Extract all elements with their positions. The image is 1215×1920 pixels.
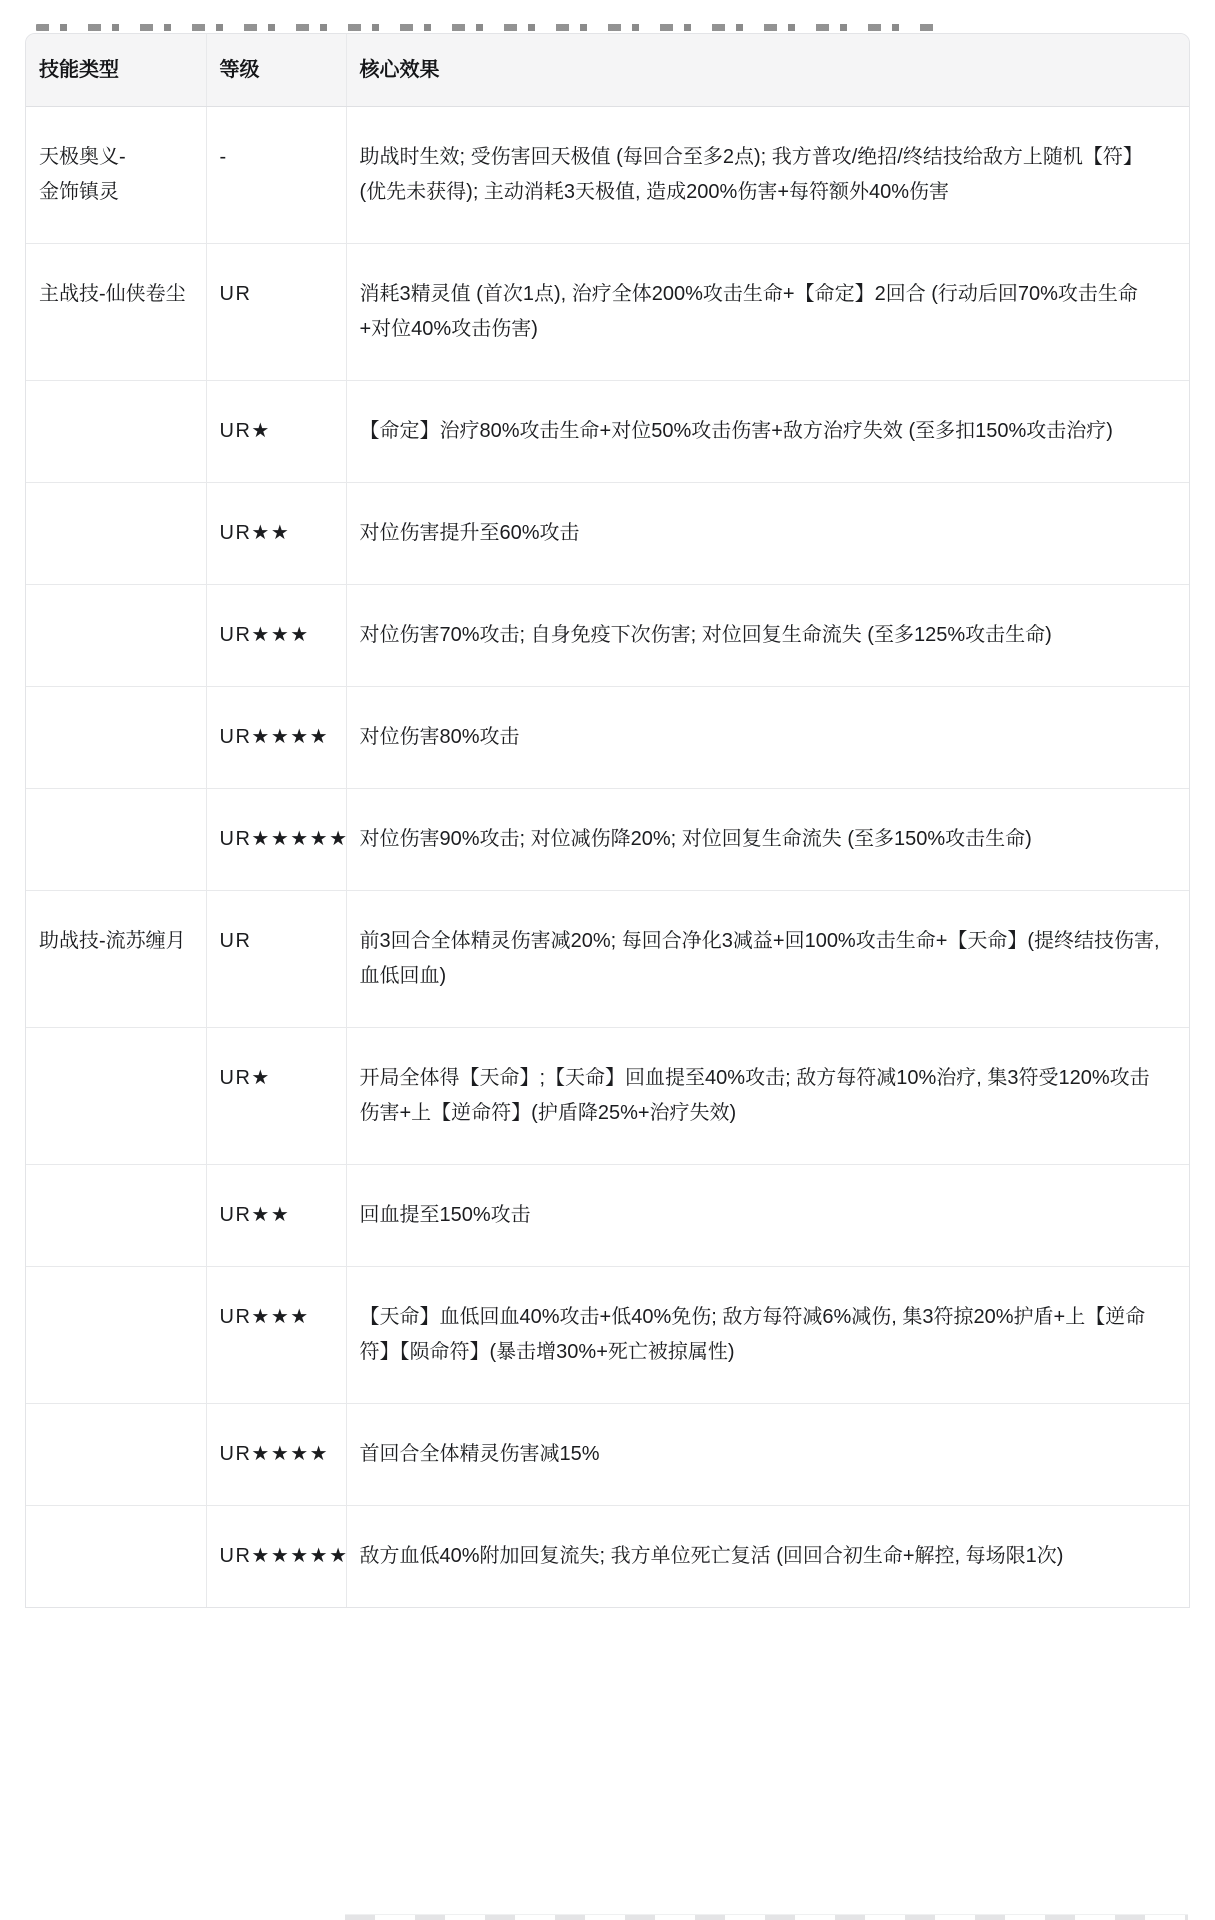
level-cell: UR★	[206, 381, 346, 483]
level-cell: UR★★★	[206, 1267, 346, 1404]
level-cell: UR	[206, 891, 346, 1028]
column-header-level: 等级	[206, 34, 346, 107]
effect-cell: 首回合全体精灵伤害减15%	[346, 1404, 1189, 1506]
skill-type-cell	[26, 789, 206, 891]
effect-cell: 消耗3精灵值 (首次1点), 治疗全体200%攻击生命+【命定】2回合 (行动后…	[346, 244, 1189, 381]
skill-table: 技能类型 等级 核心效果 天极奥义-金饰镇灵 - 助战时生效; 受伤害回天极值 …	[26, 34, 1189, 1607]
effect-cell: 敌方血低40%附加回复流失; 我方单位死亡复活 (回回合初生命+解控, 每场限1…	[346, 1506, 1189, 1608]
effect-cell: 回血提至150%攻击	[346, 1165, 1189, 1267]
level-cell: UR★★	[206, 1165, 346, 1267]
effect-cell: 【命定】治疗80%攻击生命+对位50%攻击伤害+敌方治疗失效 (至多扣150%攻…	[346, 381, 1189, 483]
skill-type-cell	[26, 1506, 206, 1608]
skill-type-cell	[26, 483, 206, 585]
table-row: UR★★★★★ 对位伤害90%攻击; 对位减伤降20%; 对位回复生命流失 (至…	[26, 789, 1189, 891]
effect-cell: 【天命】血低回血40%攻击+低40%免伤; 敌方每符减6%减伤, 集3符掠20%…	[346, 1267, 1189, 1404]
table-row: 助战技-流苏缠月 UR 前3回合全体精灵伤害减20%; 每回合净化3减益+回10…	[26, 891, 1189, 1028]
table-header-row: 技能类型 等级 核心效果	[26, 34, 1189, 107]
table-row: 天极奥义-金饰镇灵 - 助战时生效; 受伤害回天极值 (每回合至多2点); 我方…	[26, 107, 1189, 244]
table-row: UR★★★★★ 敌方血低40%附加回复流失; 我方单位死亡复活 (回回合初生命+…	[26, 1506, 1189, 1608]
table-row: UR★ 【命定】治疗80%攻击生命+对位50%攻击伤害+敌方治疗失效 (至多扣1…	[26, 381, 1189, 483]
skill-type-cell	[26, 1165, 206, 1267]
effect-cell: 前3回合全体精灵伤害减20%; 每回合净化3减益+回100%攻击生命+【天命】(…	[346, 891, 1189, 1028]
skill-type-cell: 助战技-流苏缠月	[26, 891, 206, 1028]
effect-cell: 对位伤害提升至60%攻击	[346, 483, 1189, 585]
skill-type-cell	[26, 687, 206, 789]
effect-cell: 助战时生效; 受伤害回天极值 (每回合至多2点); 我方普攻/绝招/终结技给敌方…	[346, 107, 1189, 244]
level-cell: UR★★★★	[206, 687, 346, 789]
table-row: UR★ 开局全体得【天命】;【天命】回血提至40%攻击; 敌方每符减10%治疗,…	[26, 1028, 1189, 1165]
table-row: UR★★ 回血提至150%攻击	[26, 1165, 1189, 1267]
skill-type-cell	[26, 585, 206, 687]
table-row: UR★★ 对位伤害提升至60%攻击	[26, 483, 1189, 585]
clipped-next-section-fragment	[345, 1914, 1188, 1920]
column-header-core-effect: 核心效果	[346, 34, 1189, 107]
effect-cell: 对位伤害90%攻击; 对位减伤降20%; 对位回复生命流失 (至多150%攻击生…	[346, 789, 1189, 891]
level-cell: UR★★	[206, 483, 346, 585]
level-cell: UR★★★★★	[206, 789, 346, 891]
clipped-text-fragment	[36, 24, 941, 31]
effect-cell: 对位伤害70%攻击; 自身免疫下次伤害; 对位回复生命流失 (至多125%攻击生…	[346, 585, 1189, 687]
column-header-skill-type: 技能类型	[26, 34, 206, 107]
skill-type-cell	[26, 1028, 206, 1165]
table-row: UR★★★★ 对位伤害80%攻击	[26, 687, 1189, 789]
effect-cell: 开局全体得【天命】;【天命】回血提至40%攻击; 敌方每符减10%治疗, 集3符…	[346, 1028, 1189, 1165]
level-cell: UR★★★★★	[206, 1506, 346, 1608]
level-cell: UR★★★★	[206, 1404, 346, 1506]
level-cell: -	[206, 107, 346, 244]
table-row: UR★★★ 对位伤害70%攻击; 自身免疫下次伤害; 对位回复生命流失 (至多1…	[26, 585, 1189, 687]
skill-type-cell	[26, 1267, 206, 1404]
skill-table-card: 技能类型 等级 核心效果 天极奥义-金饰镇灵 - 助战时生效; 受伤害回天极值 …	[25, 33, 1190, 1608]
level-cell: UR★★★	[206, 585, 346, 687]
table-row: UR★★★★ 首回合全体精灵伤害减15%	[26, 1404, 1189, 1506]
skill-type-cell	[26, 381, 206, 483]
skill-type-cell: 主战技-仙侠卷尘	[26, 244, 206, 381]
skill-type-cell: 天极奥义-金饰镇灵	[26, 107, 206, 244]
effect-cell: 对位伤害80%攻击	[346, 687, 1189, 789]
table-row: UR★★★ 【天命】血低回血40%攻击+低40%免伤; 敌方每符减6%减伤, 集…	[26, 1267, 1189, 1404]
level-cell: UR★	[206, 1028, 346, 1165]
level-cell: UR	[206, 244, 346, 381]
skill-type-cell	[26, 1404, 206, 1506]
table-row: 主战技-仙侠卷尘 UR 消耗3精灵值 (首次1点), 治疗全体200%攻击生命+…	[26, 244, 1189, 381]
